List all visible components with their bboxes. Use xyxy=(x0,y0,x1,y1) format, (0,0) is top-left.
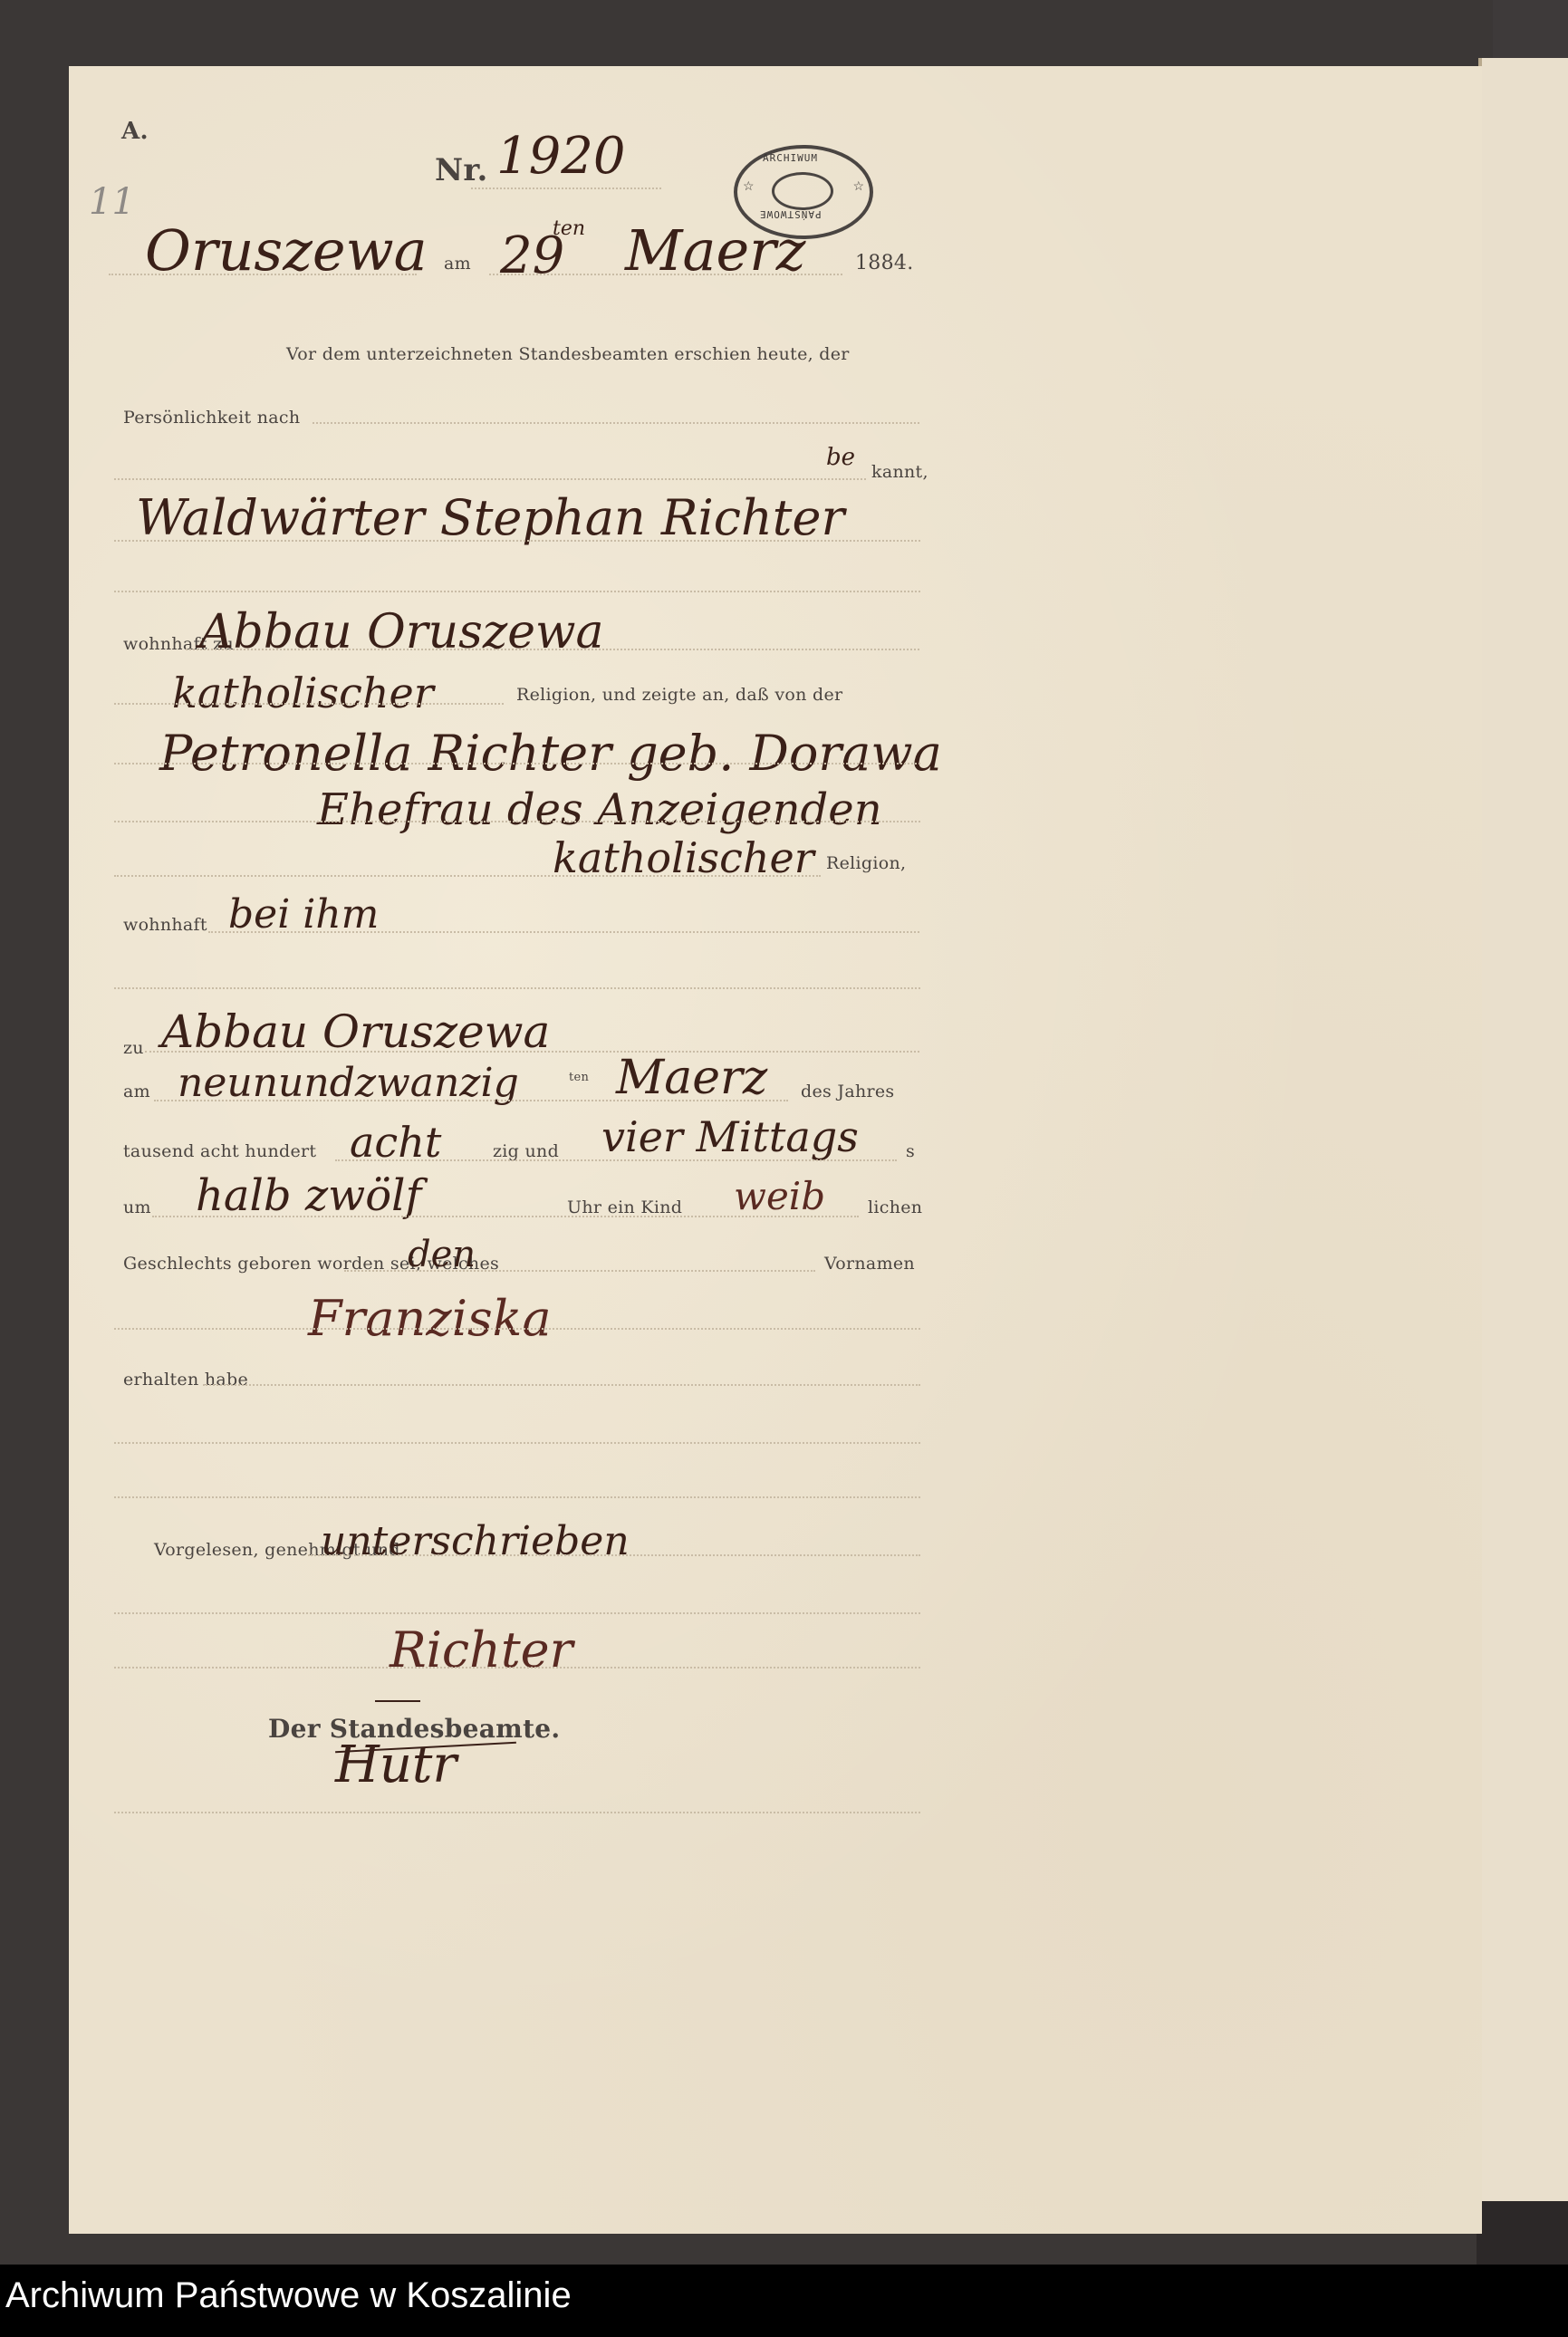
printed-erhalten-habe: erhalten habe xyxy=(123,1370,248,1390)
printed-tausend: tausend acht hundert xyxy=(123,1141,316,1161)
form-letter: A. xyxy=(121,118,149,145)
margin-pencil-note: 11 xyxy=(89,181,135,223)
printed-lichen: lichen xyxy=(868,1197,922,1217)
form-line xyxy=(114,987,920,989)
form-line xyxy=(186,649,919,650)
stamp-inner-oval xyxy=(772,172,833,210)
form-line xyxy=(114,478,866,480)
printed-religion: Religion, xyxy=(826,853,906,873)
mother-relation: Ehefrau des Anzeigenden xyxy=(317,784,882,835)
form-line xyxy=(114,763,920,765)
form-line xyxy=(114,1667,920,1669)
father-occupation-name: Waldwärter Stephan Richter xyxy=(136,489,844,546)
form-line xyxy=(109,274,417,275)
form-line xyxy=(114,1328,920,1330)
handwritten-be: be xyxy=(826,444,855,471)
informant-signature: Richter xyxy=(390,1621,572,1678)
handwritten-unterschrieben: unterschrieben xyxy=(321,1518,630,1564)
archive-caption: Archiwum Państwowe w Koszalinie xyxy=(5,2275,572,2316)
date-prefix: am xyxy=(444,254,471,274)
form-line xyxy=(114,703,504,705)
form-line xyxy=(335,1159,897,1161)
book-cover-edge xyxy=(1493,0,1568,58)
register-number: 1920 xyxy=(496,127,626,186)
printed-um: um xyxy=(123,1197,151,1217)
printed-persoenlichkeit: Persönlichkeit nach xyxy=(123,408,300,428)
birth-year-units-time: vier Mittags xyxy=(601,1112,859,1161)
form-line xyxy=(114,875,821,877)
father-residence: Abbau Oruszewa xyxy=(199,605,604,659)
printed-vornamen: Vornamen xyxy=(824,1254,915,1274)
number-label: Nr. xyxy=(435,152,488,188)
child-given-name: Franziska xyxy=(308,1290,552,1347)
birth-month: Maerz xyxy=(616,1051,767,1105)
form-line xyxy=(152,1216,859,1217)
printed-kannt: kannt, xyxy=(871,462,928,482)
form-line xyxy=(308,1554,920,1556)
form-line xyxy=(344,1270,815,1272)
printed-zu: zu xyxy=(123,1038,144,1058)
birth-time: halb zwölf xyxy=(196,1170,421,1221)
form-line xyxy=(114,540,920,542)
signature-stroke xyxy=(375,1700,420,1702)
printed-uhr-ein-kind: Uhr ein Kind xyxy=(567,1197,682,1217)
printed-wohnhaft: wohnhaft xyxy=(123,915,207,935)
father-religion: katholischer xyxy=(172,668,434,717)
printed-zig-und: zig und xyxy=(493,1141,559,1161)
year-printed: 1884. xyxy=(855,252,913,274)
form-line xyxy=(145,1051,919,1053)
date-day-suffix: ten xyxy=(553,217,585,240)
form-line xyxy=(114,1496,920,1498)
form-line xyxy=(114,1612,920,1614)
form-line xyxy=(114,1442,920,1444)
book-cover-edge-bottom xyxy=(1477,2201,1568,2265)
form-line xyxy=(114,591,920,592)
next-page-edge xyxy=(1482,58,1568,2232)
form-line xyxy=(489,274,842,275)
form-line xyxy=(203,1384,920,1386)
form-line xyxy=(114,1812,920,1813)
stamp-text-top: ARCHIWUM xyxy=(763,152,818,164)
archive-caption-bar: Archiwum Państwowe w Koszalinie xyxy=(0,2265,1568,2337)
form-line xyxy=(313,422,919,424)
printed-religion-anzeige: Religion, und zeigte an, daß von der xyxy=(516,685,842,705)
printed-intro: Vor dem unterzeichneten Standesbeamten e… xyxy=(286,344,850,364)
printed-ten: ten xyxy=(569,1071,589,1084)
mother-name: Petronella Richter geb. Dorawa xyxy=(159,725,942,782)
printed-am: am xyxy=(123,1082,150,1101)
officer-signature: Hutr xyxy=(335,1736,457,1794)
star-icon: ☆ xyxy=(743,179,755,194)
form-line xyxy=(154,1100,788,1101)
number-line xyxy=(471,188,661,189)
form-line xyxy=(114,821,920,822)
star-icon: ☆ xyxy=(852,179,864,194)
printed-des-jahres: des Jahres xyxy=(801,1082,894,1101)
printed-s: s xyxy=(906,1141,915,1161)
form-line xyxy=(208,931,919,933)
child-sex: weib xyxy=(734,1174,825,1218)
